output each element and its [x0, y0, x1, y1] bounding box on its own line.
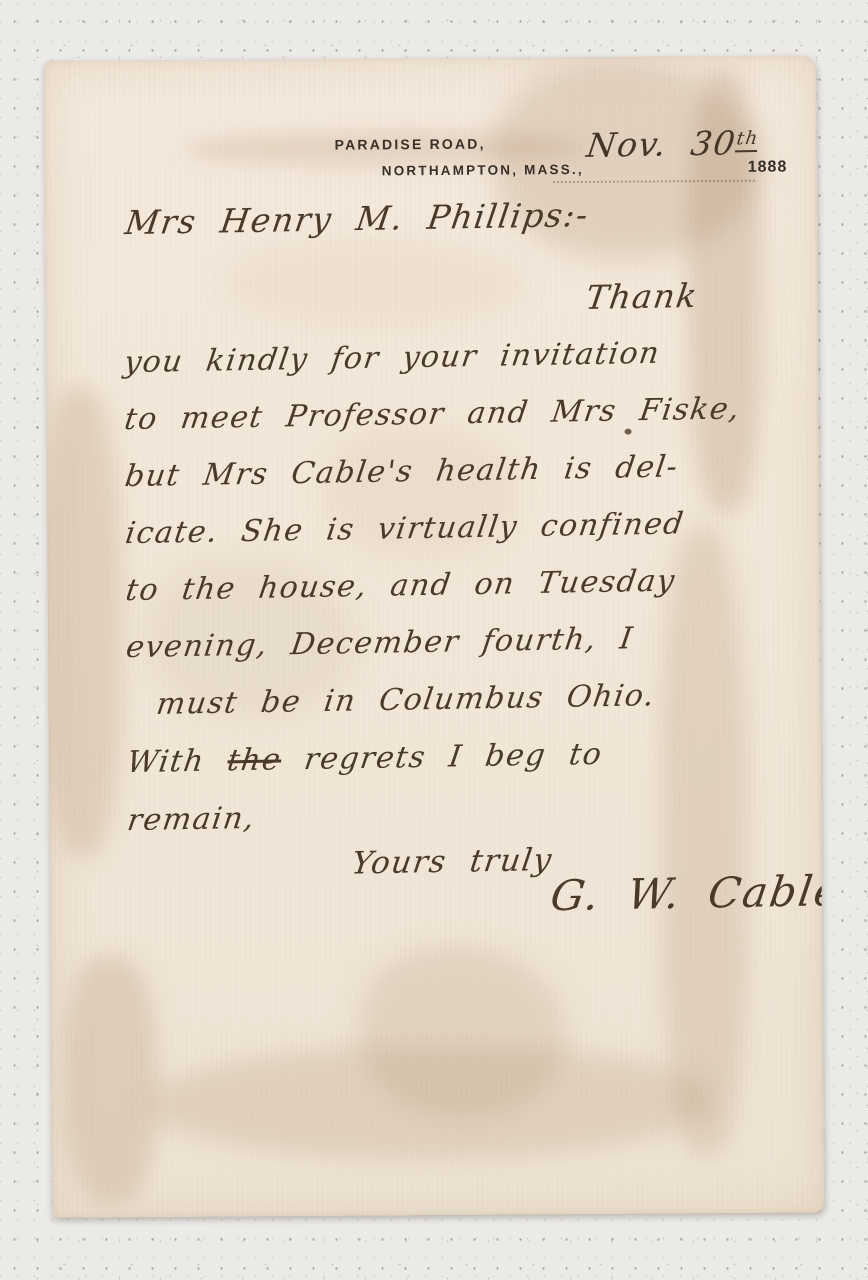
stain — [44, 386, 124, 857]
scan-background: PARADISE ROAD, NORTHAMPTON, MASS., 1888 … — [0, 0, 868, 1280]
stain — [659, 526, 749, 1157]
regret-pre: With — [125, 743, 230, 780]
stain — [147, 1042, 716, 1162]
stain — [358, 945, 567, 1118]
body-line: to the house, and on Tuesday — [124, 567, 678, 607]
body-line: evening, December fourth, I — [124, 624, 635, 663]
date-ordinal: th — [735, 128, 760, 152]
body-line: to meet Professor and Mrs Fiske, — [123, 394, 743, 435]
body-line: you kindly for your invitation — [122, 339, 662, 378]
opening-word: Thank — [584, 279, 701, 314]
body-line: icate. She is virtually confined — [123, 509, 686, 549]
struck-word: the — [225, 742, 284, 778]
body-line: but Mrs Cable's health is del- — [123, 452, 680, 492]
letter-paper: PARADISE ROAD, NORTHAMPTON, MASS., 1888 … — [44, 55, 824, 1217]
regret-post: regrets I beg to — [279, 737, 605, 778]
date-month-day: Nov. 30 — [584, 123, 739, 165]
letterhead-address-line1: PARADISE ROAD, — [335, 136, 486, 153]
body-line: must be in Columbus Ohio. — [155, 681, 658, 720]
letterhead-year: 1888 — [748, 159, 788, 177]
handwritten-date: Nov. 30th — [585, 126, 761, 162]
stain — [64, 956, 158, 1203]
valediction: Yours truly — [350, 845, 555, 880]
stain — [225, 237, 526, 329]
regret-line: With the regrets I beg to — [125, 740, 605, 778]
signature: G. W. Cable — [548, 870, 824, 917]
remain-line: remain, — [125, 804, 257, 836]
salutation: Mrs Henry M. Phillips:- — [123, 198, 591, 239]
ink-spot — [625, 429, 632, 435]
